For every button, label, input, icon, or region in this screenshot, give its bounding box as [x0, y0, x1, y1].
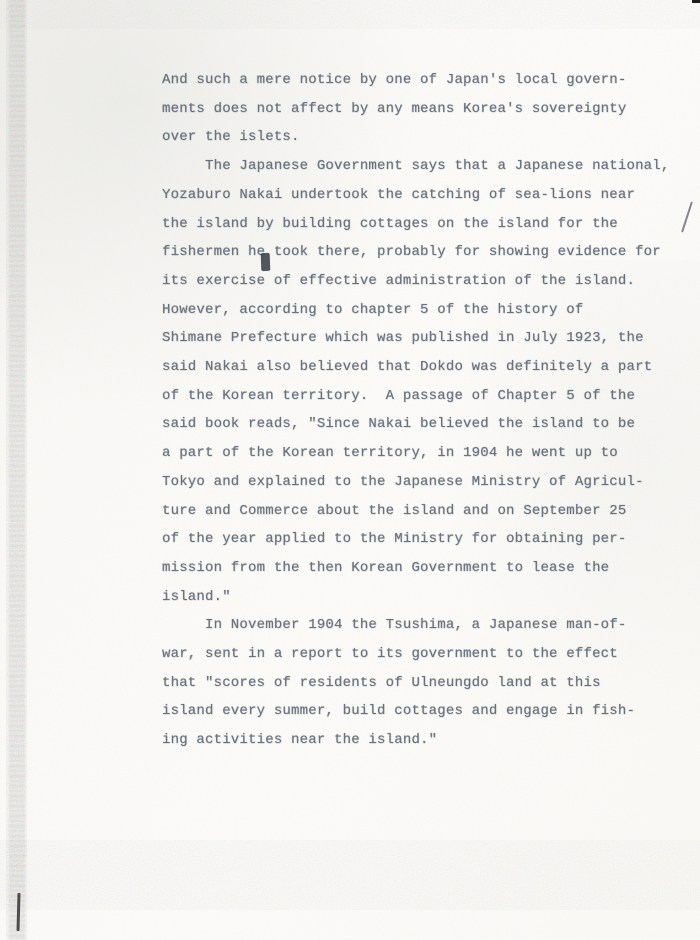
text-line: its exercise of effective administration… [162, 267, 674, 296]
text-line: a part of the Korean territory, in 1904 … [162, 439, 674, 468]
text-line: ing activities near the island." [162, 726, 674, 755]
text-line: island every summer, build cottages and … [162, 697, 674, 726]
text-line: And such a mere notice by one of Japan's… [162, 66, 674, 95]
text-line: Shimane Prefecture which was published i… [162, 324, 674, 353]
text-line: over the islets. [162, 123, 674, 152]
top-right-edge-mark [692, 0, 700, 3]
text-line: said Nakai also believed that Dokdo was … [162, 353, 674, 382]
text-line: Yozaburo Nakai undertook the catching of… [162, 181, 674, 210]
text-line: However, according to chapter 5 of the h… [162, 296, 674, 325]
scanned-document-page: { "palette": { "paper_bg": "#fbfaf7", "i… [0, 0, 700, 940]
text-line: war, sent in a report to its government … [162, 640, 674, 669]
text-line: In November 1904 the Tsushima, a Japanes… [162, 611, 674, 640]
text-line: the island by building cottages on the i… [162, 210, 674, 239]
overstrike-correction-mark [261, 253, 271, 271]
left-scan-edge-band [9, 0, 25, 940]
text-line: ture and Commerce about the island and o… [162, 497, 674, 526]
text-line: of the year applied to the Ministry for … [162, 525, 674, 554]
text-line: The Japanese Government says that a Japa… [162, 152, 674, 181]
text-line: mission from the then Korean Government … [162, 554, 674, 583]
text-line: island." [162, 583, 674, 612]
text-line: Tokyo and explained to the Japanese Mini… [162, 468, 674, 497]
text-line: ments does not affect by any means Korea… [162, 95, 674, 124]
text-line: that "scores of residents of Ulneungdo l… [162, 669, 674, 698]
typewritten-text-block: And such a mere notice by one of Japan's… [162, 66, 674, 755]
text-line: said book reads, "Since Nakai believed t… [162, 410, 674, 439]
right-margin-pen-slash [681, 201, 693, 232]
text-line: fishermen he took there, probably for sh… [162, 238, 674, 267]
text-line: of the Korean territory. A passage of Ch… [162, 382, 674, 411]
